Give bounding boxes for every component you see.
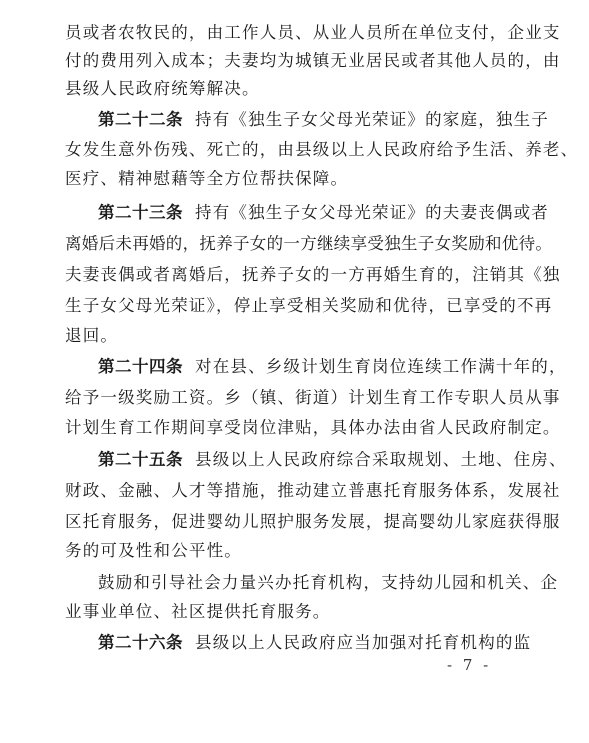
line-text: 县级以上人民政府应当加强对托育机构的监 xyxy=(195,633,531,652)
line-text: 对在县、乡级计划生育岗位连续工作满十年的， xyxy=(195,357,567,376)
line-text: 务的可及性和公平性。 xyxy=(65,541,242,560)
text-line: 计划生育工作期间享受岗位津贴，具体办法由省人民政府制定。 xyxy=(65,418,525,438)
text-line: 离婚后未再婚的，抚养子女的一方继续享受独生子女奖励和优待。 xyxy=(65,234,525,254)
article-26-heading-line: 第二十六条县级以上人民政府应当加强对托育机构的监 xyxy=(98,633,525,653)
text-line: 区托育服务，促进婴幼儿照护服务发展，提高婴幼儿家庭获得服 xyxy=(65,512,525,532)
text-line: 给予一级奖励工资。乡（镇、街道）计划生育工作专职人员从事 xyxy=(65,388,525,408)
line-text: 退回。 xyxy=(65,326,118,345)
text-line: 生子女父母光荣证》，停止享受相关奖励和优待，已享受的不再 xyxy=(65,296,525,316)
article-25-heading-line: 第二十五条县级以上人民政府综合采取规划、土地、住房、 xyxy=(98,450,525,470)
text-line: 财政、金融、人才等措施，推动建立普惠托育服务体系，发展社 xyxy=(65,481,525,501)
article-number: 第二十四条 xyxy=(98,357,183,376)
text-line: 鼓励和引导社会力量兴办托育机构，支持幼儿园和机关、企 xyxy=(98,573,525,593)
line-text: 给予一级奖励工资。乡（镇、街道）计划生育工作专职人员从事 xyxy=(65,388,561,407)
line-text: 女发生意外伤残、死亡的，由县级以上人民政府给予生活、养老、 xyxy=(65,140,578,159)
text-line: 女发生意外伤残、死亡的，由县级以上人民政府给予生活、养老、 xyxy=(65,140,525,160)
text-line: 付的费用列入成本；夫妻均为城镇无业居民或者其他人员的，由 xyxy=(65,51,525,71)
line-text: 持有《独生子女父母光荣证》的夫妻丧偶或者 xyxy=(195,203,549,222)
line-text: 县级人民政府统筹解决。 xyxy=(65,79,260,98)
line-text: 财政、金融、人才等措施，推动建立普惠托育服务体系，发展社 xyxy=(65,481,561,500)
article-number: 第二十三条 xyxy=(98,203,183,222)
article-number: 第二十二条 xyxy=(98,110,183,129)
line-text: 持有《独生子女父母光荣证》的家庭，独生子 xyxy=(195,110,549,129)
text-line: 退回。 xyxy=(65,326,525,346)
line-text: 县级以上人民政府综合采取规划、土地、住房、 xyxy=(195,450,567,469)
article-22-heading-line: 第二十二条持有《独生子女父母光荣证》的家庭，独生子 xyxy=(98,110,525,130)
document-page: 员或者农牧民的，由工作人员、从业人员所在单位支付，企业支 付的费用列入成本；夫妻… xyxy=(0,0,589,743)
line-text: 夫妻丧偶或者离婚后，抚养子女的一方再婚生育的，注销其《独 xyxy=(65,265,561,284)
page-number: - 7 - xyxy=(447,656,491,674)
article-24-heading-line: 第二十四条对在县、乡级计划生育岗位连续工作满十年的， xyxy=(98,357,525,377)
text-line: 业事业单位、社区提供托育服务。 xyxy=(65,602,525,622)
article-number: 第二十五条 xyxy=(98,450,183,469)
line-text: 员或者农牧民的，由工作人员、从业人员所在单位支付，企业支 xyxy=(65,23,561,42)
line-text: 付的费用列入成本；夫妻均为城镇无业居民或者其他人员的，由 xyxy=(65,51,561,70)
article-23-heading-line: 第二十三条持有《独生子女父母光荣证》的夫妻丧偶或者 xyxy=(98,203,525,223)
line-text: 医疗、精神慰藉等全方位帮扶保障。 xyxy=(65,169,348,188)
line-text: 鼓励和引导社会力量兴办托育机构，支持幼儿园和机关、企 xyxy=(98,573,558,592)
article-number: 第二十六条 xyxy=(98,633,183,652)
text-line: 务的可及性和公平性。 xyxy=(65,541,525,561)
line-text: 计划生育工作期间享受岗位津贴，具体办法由省人民政府制定。 xyxy=(65,418,561,437)
text-line: 医疗、精神慰藉等全方位帮扶保障。 xyxy=(65,169,525,189)
text-line: 县级人民政府统筹解决。 xyxy=(65,79,525,99)
text-line: 员或者农牧民的，由工作人员、从业人员所在单位支付，企业支 xyxy=(65,23,525,43)
line-text: 生子女父母光荣证》，停止享受相关奖励和优待，已享受的不再 xyxy=(65,296,552,315)
line-text: 业事业单位、社区提供托育服务。 xyxy=(65,602,331,621)
line-text: 离婚后未再婚的，抚养子女的一方继续享受独生子女奖励和优待。 xyxy=(65,234,552,253)
text-line: 夫妻丧偶或者离婚后，抚养子女的一方再婚生育的，注销其《独 xyxy=(65,265,525,285)
line-text: 区托育服务，促进婴幼儿照护服务发展，提高婴幼儿家庭获得服 xyxy=(65,512,561,531)
